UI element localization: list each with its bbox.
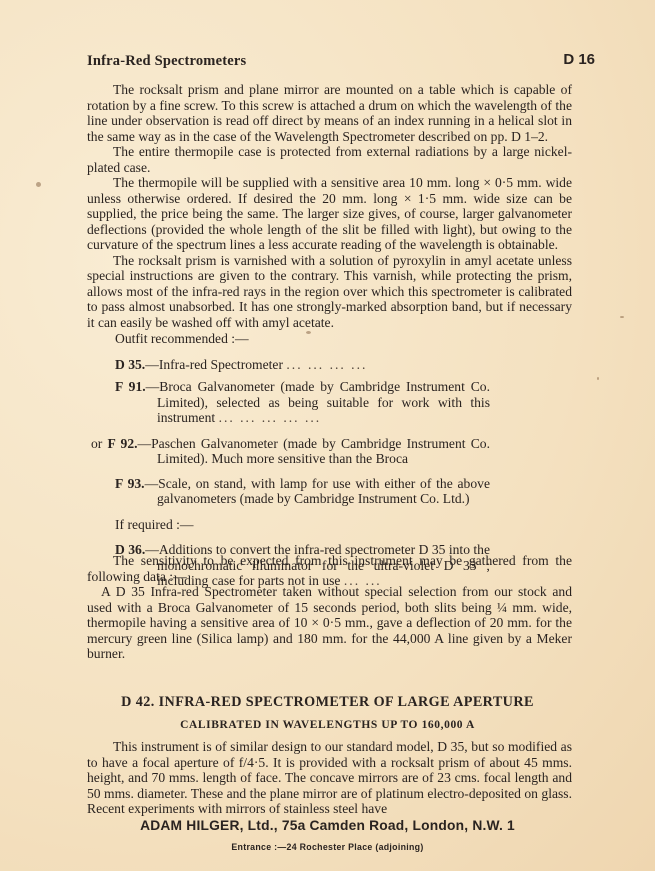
paragraph-sensitivity-data: A D 35 Infra-red Spectrometer taken with… <box>87 584 572 662</box>
page-number: D 16 <box>563 51 595 68</box>
entrance-note: Entrance :—24 Rochester Place (adjoining… <box>0 842 655 852</box>
outfit-label: Outfit recommended :— <box>115 331 490 347</box>
item-code: F 93. <box>115 476 145 491</box>
item-code: F 92. <box>108 436 138 451</box>
paper-blemish <box>597 377 599 380</box>
paragraph-sensitivity-intro: The sensitivity to be expected from this… <box>87 553 572 584</box>
item-text: —Scale, on stand, with lamp for use with… <box>145 476 490 507</box>
paragraph-prism-mounting: The rocksalt prism and plane mirror are … <box>87 82 572 144</box>
section-title: D 42. INFRA-RED SPECTROMETER OF LARGE AP… <box>0 694 655 711</box>
catalogue-page: Infra-Red Spectrometers D 16 The rocksal… <box>0 0 655 871</box>
item-code: D 35. <box>115 357 145 372</box>
item-text: —Infra-red Spectrometer <box>145 357 283 372</box>
intro-text: The rocksalt prism and plane mirror are … <box>87 82 572 330</box>
running-title: Infra-Red Spectrometers <box>87 53 246 70</box>
outfit-item-f92: or F 92.—Paschen Galvanometer (made by C… <box>91 436 490 467</box>
outfit-list: Outfit recommended :— D 35.—Infra-red Sp… <box>115 331 490 589</box>
item-code: F 91. <box>115 379 146 394</box>
section-subtitle: CALIBRATED IN WAVELENGTHS UP TO 160,000 … <box>0 719 655 731</box>
outfit-item-d35: D 35.—Infra-red Spectrometer ... ... ...… <box>115 357 490 373</box>
paragraph-large-aperture: This instrument is of similar design to … <box>87 739 572 817</box>
outfit-item-f91: F 91.—Broca Galvanometer (made by Cambri… <box>115 379 490 426</box>
page-header: Infra-Red Spectrometers D 16 <box>87 53 595 73</box>
outfit-item-f93: F 93.—Scale, on stand, with lamp for use… <box>115 476 490 507</box>
paper-blemish <box>36 182 41 187</box>
paragraph-varnish: The rocksalt prism is varnished with a s… <box>87 253 572 331</box>
paragraph-thermopile-size: The thermopile will be supplied with a s… <box>87 175 572 253</box>
item-text: —Paschen Galvanometer (made by Cambridge… <box>138 436 490 467</box>
section-text: This instrument is of similar design to … <box>87 739 572 817</box>
if-required-label: If required :— <box>115 517 490 533</box>
sensitivity-text: The sensitivity to be expected from this… <box>87 553 572 662</box>
paragraph-thermopile-case: The entire thermopile case is protected … <box>87 144 572 175</box>
leader-dots: ... ... ... ... <box>286 357 367 372</box>
leader-dots: ... ... ... ... ... <box>219 410 322 425</box>
paper-blemish <box>620 316 624 318</box>
publisher-address: ADAM HILGER, Ltd., 75a Camden Road, Lond… <box>0 818 655 833</box>
item-prefix: or <box>91 436 108 451</box>
